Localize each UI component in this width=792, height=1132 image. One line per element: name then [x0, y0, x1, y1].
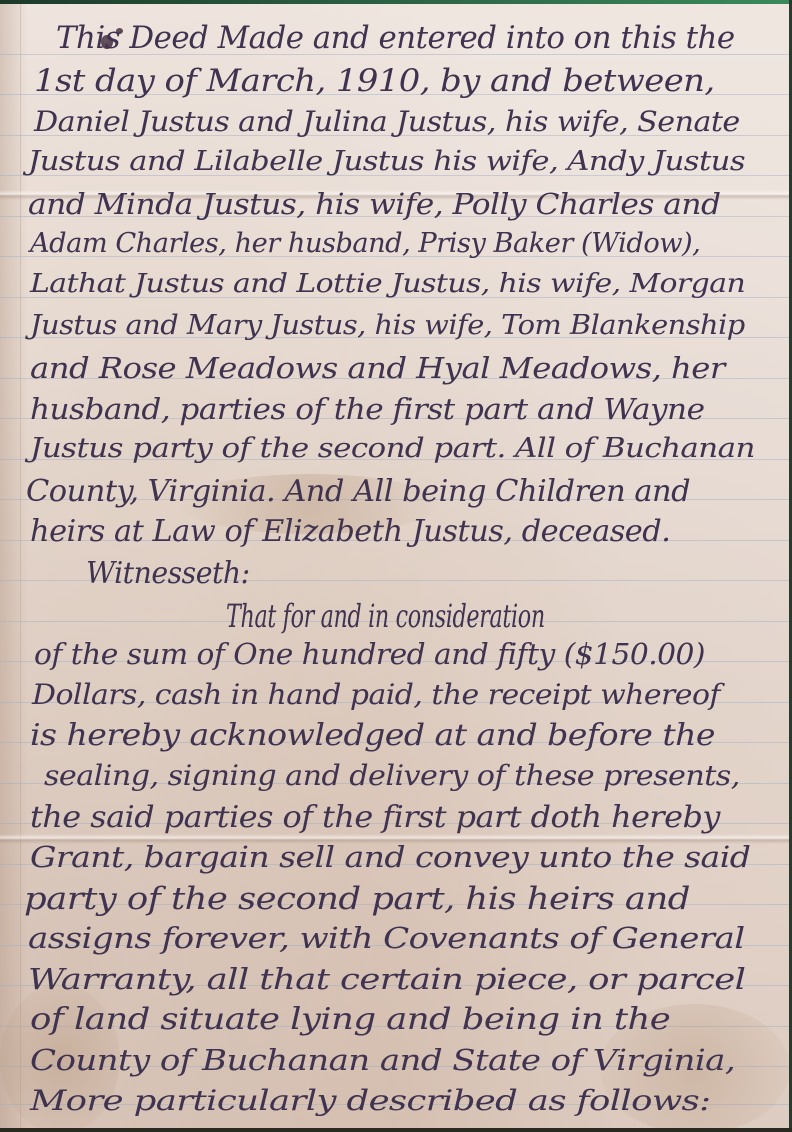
scan-frame: This Deed Made and entered into on this …: [0, 0, 792, 1132]
deed-line: Grant, bargain sell and convey unto the …: [30, 840, 750, 874]
deed-line: Witnesseth:: [86, 556, 250, 591]
deed-line: party of the second part, his heirs and: [24, 881, 690, 917]
deed-line: Justus and Mary Justus, his wife, Tom Bl…: [30, 310, 745, 341]
deed-line: husband, parties of the first part and W…: [30, 392, 704, 426]
deed-line: Justus party of the second part. All of …: [30, 433, 755, 464]
deed-line: Dollars, cash in hand paid, the receipt …: [32, 678, 720, 711]
deed-line: of the sum of One hundred and fifty ($15…: [34, 637, 705, 671]
deed-line: 1st day of March, 1910, by and between,: [34, 63, 715, 99]
deed-line: This Deed Made and entered into on this …: [56, 20, 735, 56]
scan-bottom-edge: [0, 1128, 792, 1132]
deed-line: Adam Charles, her husband, Prisy Baker (…: [30, 228, 700, 259]
deed-line: County of Buchanan and State of Virginia…: [30, 1043, 735, 1077]
deed-line: and Minda Justus, his wife, Polly Charle…: [28, 187, 720, 221]
deed-line: More particularly described as follows:: [30, 1084, 710, 1117]
deed-line: and Rose Meadows and Hyal Meadows, her: [30, 351, 725, 385]
deed-text: This Deed Made and entered into on this …: [0, 4, 789, 1128]
deed-page: This Deed Made and entered into on this …: [0, 4, 789, 1128]
deed-line: Justus and Lilabelle Justus his wife, An…: [28, 146, 745, 177]
deed-line: of land situate lying and being in the: [30, 1002, 670, 1037]
deed-line: That for and in consideration: [226, 597, 545, 635]
deed-line: Daniel Justus and Julina Justus, his wif…: [34, 105, 740, 138]
deed-line: heirs at Law of Elizabeth Justus, deceas…: [30, 514, 670, 549]
deed-line: is hereby acknowledged at and before the: [30, 718, 715, 753]
deed-line: Lathat Justus and Lottie Justus, his wif…: [30, 269, 745, 299]
deed-line: Warranty, all that certain piece, or par…: [28, 962, 745, 996]
deed-line: assigns forever, with Covenants of Gener…: [28, 921, 745, 955]
deed-line: the said parties of the first part doth …: [30, 800, 720, 835]
deed-line: County, Virginia. And All being Children…: [26, 474, 690, 509]
deed-line: sealing, signing and delivery of these p…: [44, 759, 740, 792]
